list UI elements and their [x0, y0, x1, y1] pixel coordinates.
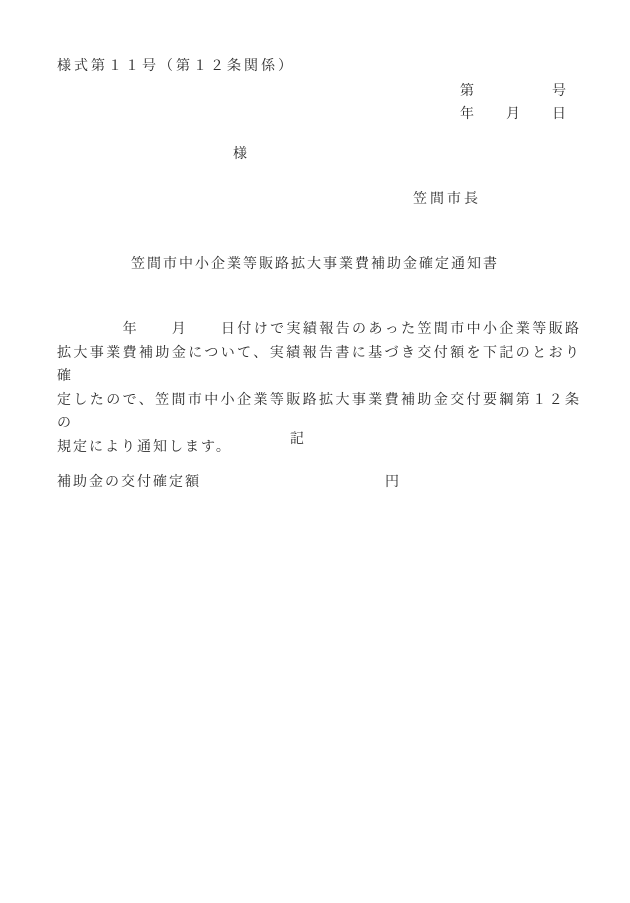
- document-number-line: 第 号: [460, 84, 566, 100]
- section-marker: 記: [290, 432, 304, 448]
- amount-label: 補助金の交付確定額: [57, 475, 201, 491]
- body-line: 拡大事業費補助金について、実績報告書に基づき交付額を下記のとおり確: [57, 342, 581, 389]
- date-year-label: 年: [460, 107, 474, 123]
- form-number-line: 様式第１１号（第１２条関係）: [57, 59, 295, 75]
- document-title: 笠間市中小企業等販路拡大事業費補助金確定通知書: [0, 257, 630, 273]
- body-paragraph: 年 月 日付けで実績報告のあった笠間市中小企業等販路 拡大事業費補助金について、…: [57, 318, 581, 459]
- recipient-honorific: 様: [233, 147, 247, 163]
- document-number-suffix: 号: [552, 84, 566, 100]
- body-line: 規定により通知します。: [57, 436, 581, 460]
- date-day-label: 日: [552, 107, 566, 123]
- body-line: 定したので、笠間市中小企業等販路拡大事業費補助金交付要綱第１２条の: [57, 389, 581, 436]
- document-number-prefix: 第: [460, 84, 474, 100]
- amount-unit: 円: [385, 475, 401, 491]
- body-line: 年 月 日付けで実績報告のあった笠間市中小企業等販路: [57, 318, 581, 342]
- date-month-label: 月: [506, 107, 520, 123]
- document-page: 様式第１１号（第１２条関係） 第 号 年 月 日 様 笠間市長 笠間市中小企業等…: [0, 0, 630, 903]
- sender-name: 笠間市長: [413, 192, 481, 208]
- amount-line: 補助金の交付確定額 円: [57, 475, 401, 491]
- date-line: 年 月 日: [460, 107, 566, 123]
